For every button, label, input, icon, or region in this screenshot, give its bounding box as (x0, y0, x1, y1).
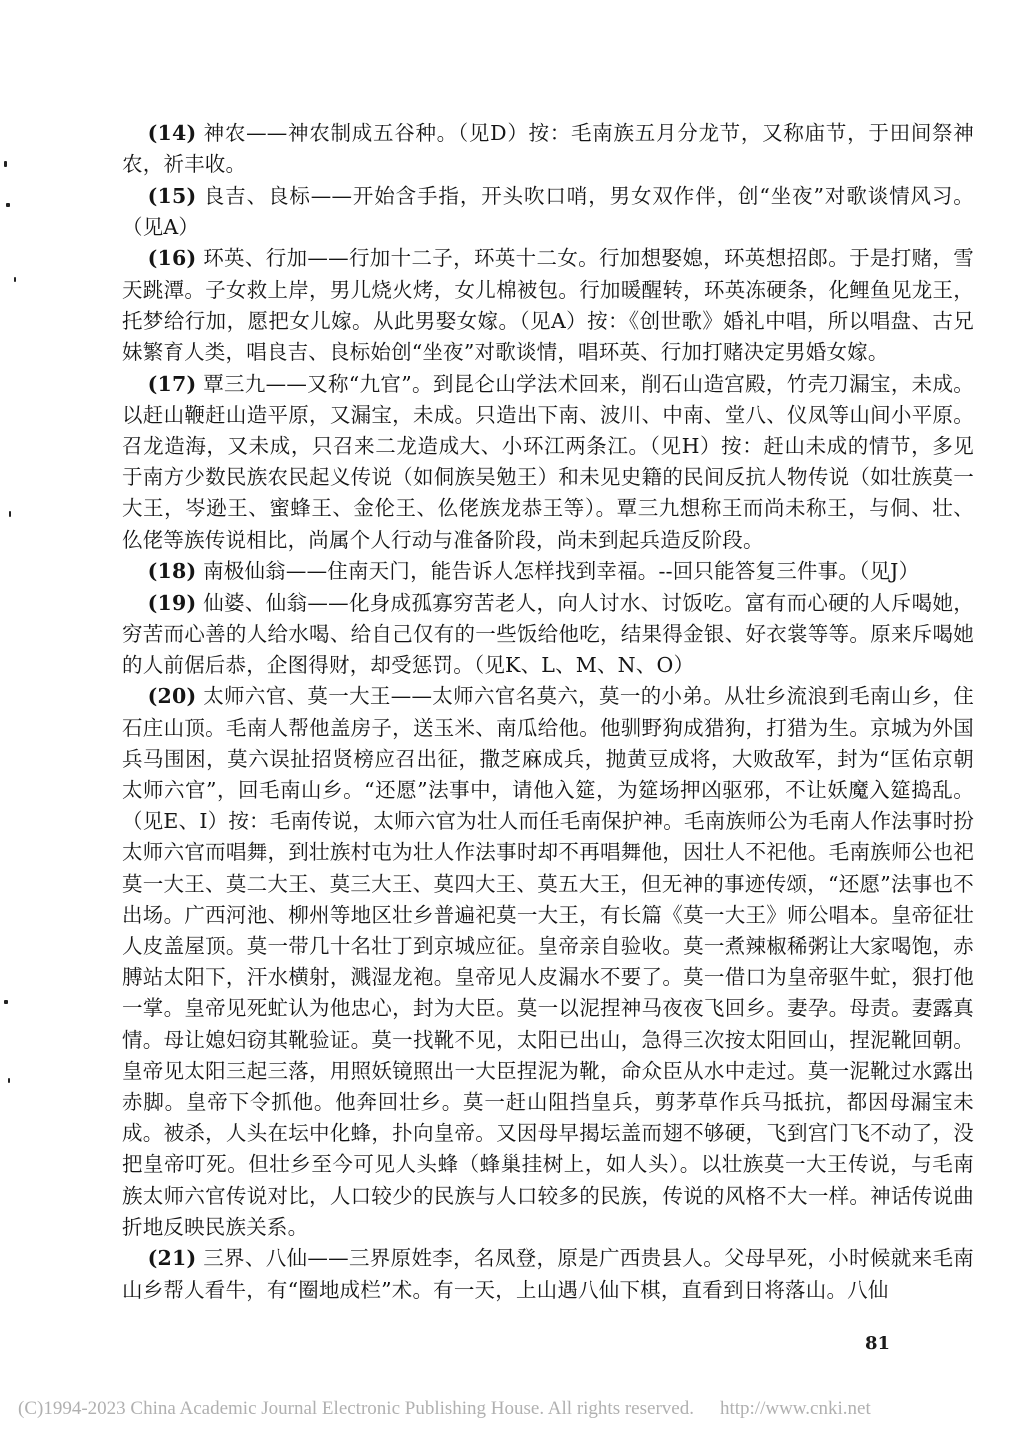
entry-text: 南极仙翁——住南天门，能告诉人怎样找到幸福。--回只能答复三件事。（见J） (196, 559, 919, 583)
scan-speck (4, 161, 7, 167)
scan-speck (6, 203, 10, 207)
entry-number: (14) (148, 121, 197, 145)
entry-number: (21) (148, 1246, 197, 1270)
body-text: (14) 神农——神农制成五谷种。（见D）按：毛南族五月分龙节，又称庙节，于田间… (122, 118, 974, 1306)
copyright-text: (C)1994-2023 China Academic Journal Elec… (18, 1398, 694, 1420)
entry-text: 仙婆、仙翁——化身成孤寡穷苦老人，向人讨水、讨饭吃。富有而心硬的人斥喝她，穷苦而… (122, 591, 974, 677)
entry-number: (18) (148, 559, 197, 583)
footer-url[interactable]: http://www.cnki.net (720, 1398, 871, 1420)
entry-15: (15) 良吉、良标——开始含手指，开头吹口哨，男女双作伴，创“坐夜”对歌谈情风… (122, 181, 974, 243)
entry-21: (21) 三界、八仙——三界原姓李，名凤登，原是广西贵县人。父母早死，小时候就来… (122, 1243, 974, 1305)
scan-speck (8, 1078, 10, 1083)
entry-number: (19) (148, 591, 197, 615)
page-number: 81 (865, 1333, 890, 1354)
entry-number: (16) (148, 246, 197, 270)
entry-number: (20) (148, 684, 197, 708)
copyright-footer: (C)1994-2023 China Academic Journal Elec… (18, 1398, 1008, 1420)
scan-speck (14, 277, 16, 282)
entry-17: (17) 覃三九——又称“九官”。到昆仑山学法术回来，削石山造宫殿，竹壳刀漏宝，… (122, 369, 974, 556)
entry-18: (18) 南极仙翁——住南天门，能告诉人怎样找到幸福。--回只能答复三件事。（见… (122, 556, 974, 587)
entry-14: (14) 神农——神农制成五谷种。（见D）按：毛南族五月分龙节，又称庙节，于田间… (122, 118, 974, 180)
entry-text: 神农——神农制成五谷种。（见D）按：毛南族五月分龙节，又称庙节，于田间祭神农，祈… (122, 121, 974, 176)
entry-number: (15) (148, 184, 197, 208)
scanned-page: (14) 神农——神农制成五谷种。（见D）按：毛南族五月分龙节，又称庙节，于田间… (0, 0, 1024, 1455)
entry-text: 覃三九——又称“九官”。到昆仑山学法术回来，削石山造宫殿，竹壳刀漏宝，未成。以赶… (122, 372, 974, 552)
entry-number: (17) (148, 372, 197, 396)
entry-text: 三界、八仙——三界原姓李，名凤登，原是广西贵县人。父母早死，小时候就来毛南山乡帮… (122, 1246, 974, 1301)
entry-19: (19) 仙婆、仙翁——化身成孤寡穷苦老人，向人讨水、讨饭吃。富有而心硬的人斥喝… (122, 588, 974, 682)
entry-text: 太师六官、莫一大王——太师六官名莫六，莫一的小弟。从壮乡流浪到毛南山乡，住石庄山… (122, 684, 974, 1238)
entry-text: 良吉、良标——开始含手指，开头吹口哨，男女双作伴，创“坐夜”对歌谈情风习。（见A… (122, 184, 974, 239)
entry-16: (16) 环英、行加——行加十二子，环英十二女。行加想娶媳，环英想招郎。于是打赌… (122, 243, 974, 368)
scan-speck (9, 511, 11, 517)
scan-speck (4, 1000, 8, 1004)
entry-text: 环英、行加——行加十二子，环英十二女。行加想娶媳，环英想招郎。于是打赌，雪天跳潭… (122, 246, 974, 364)
entry-20: (20) 太师六官、莫一大王——太师六官名莫六，莫一的小弟。从壮乡流浪到毛南山乡… (122, 681, 974, 1243)
